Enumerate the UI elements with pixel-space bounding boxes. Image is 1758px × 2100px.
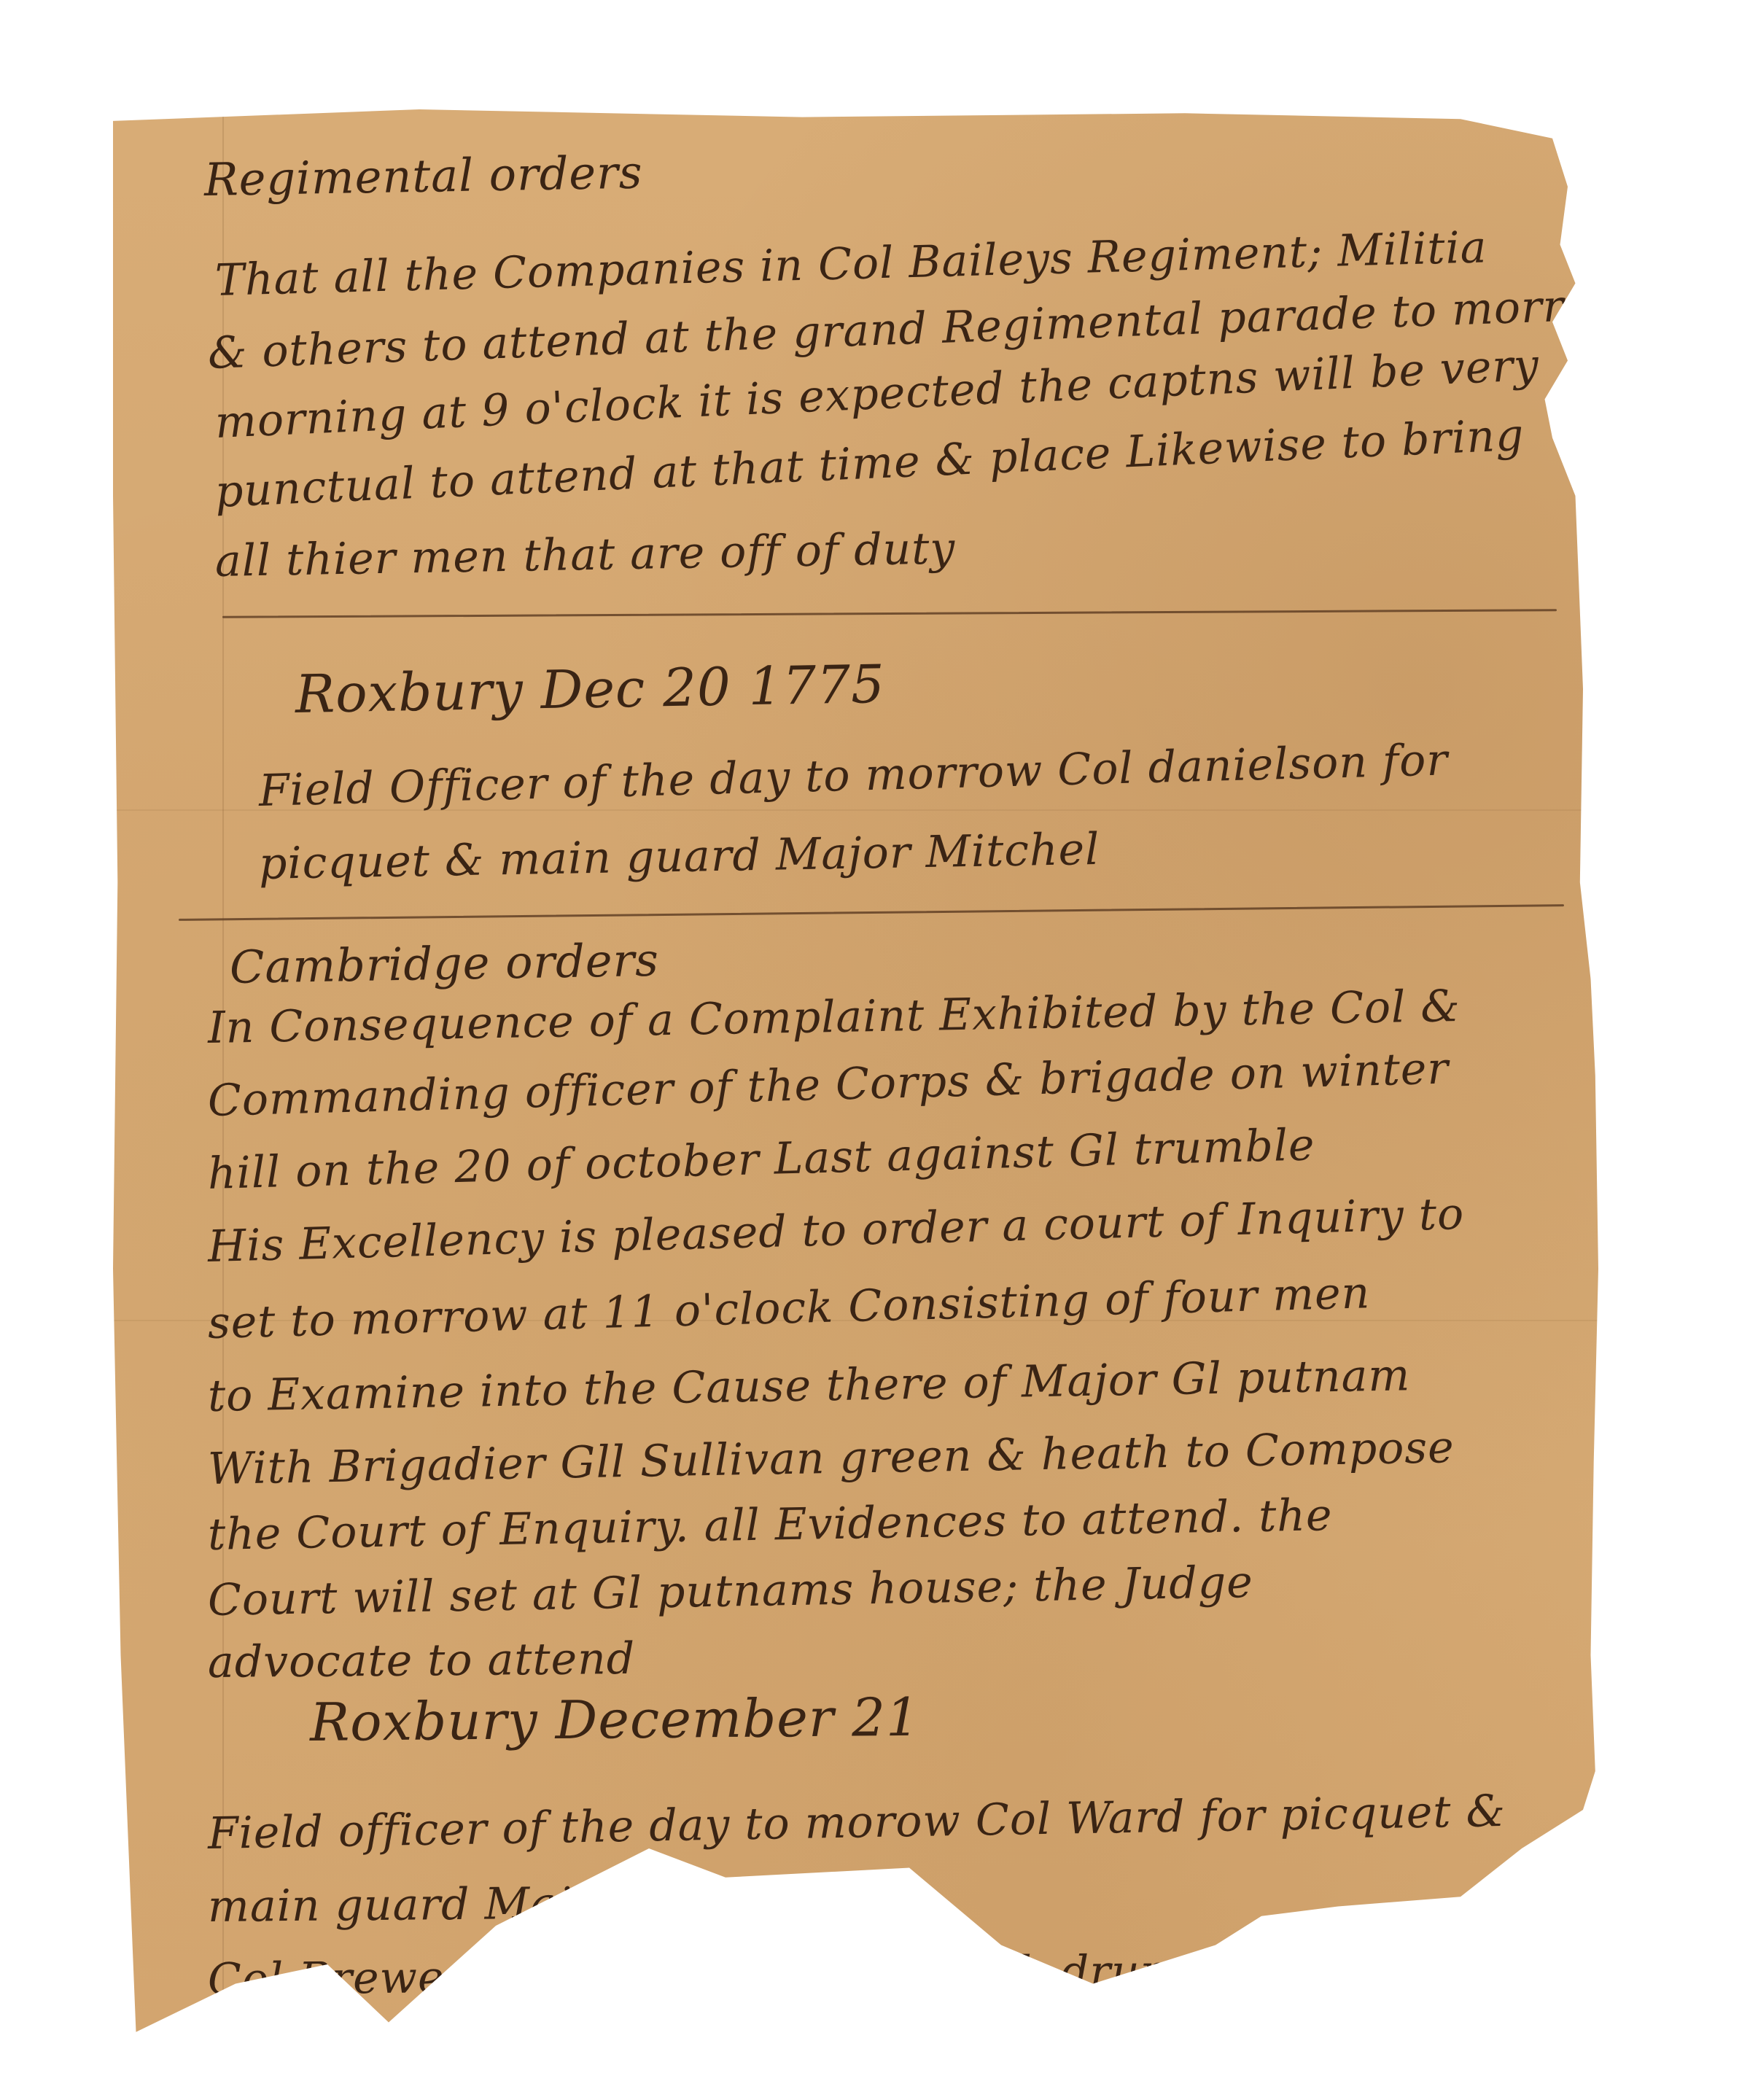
section-heading-regimental-orders: Regimental orders [203,146,643,206]
text-line: In Consequence of a Complaint Exhibited … [207,981,1461,1054]
section-divider [222,609,1557,618]
text-line: With Brigadier Gll Sullivan green & heat… [207,1422,1455,1495]
text-line: to Examine into the Cause there of Major… [207,1350,1410,1422]
text-line: Col Brewer furnishes the guard with drum… [208,1943,1428,2005]
text-line: the Court of Enquiry. all Evidences to a… [207,1490,1333,1560]
section-heading-cambridge-orders: Cambridge orders [229,933,659,994]
text-line: main guard Major Sprout [208,1876,790,1932]
text-line: His Excellency is pleased to order a cou… [207,1189,1465,1272]
text-line-torn: also finds ... st to d. War... [208,2015,804,2071]
dateline-roxbury-dec-20: Roxbury Dec 20 1775 [295,653,885,725]
text-line: hill on the 20 of october Last against G… [207,1119,1315,1199]
text-line: all thier men that are off of duty [214,523,955,587]
text-line: Field Officer of the day to morrow Col d… [258,734,1449,817]
dateline-roxbury-december-21: Roxbury December 21 [310,1687,920,1753]
section-divider [179,904,1564,921]
text-line: Field officer of the day to morow Col Wa… [207,1786,1506,1859]
text-line: Court will set at Gl putnams house; the … [207,1557,1253,1626]
text-line: set to morrow at 11 o'clock Consisting o… [207,1267,1371,1349]
text-line: advocate to attend [208,1633,636,1688]
text-line: Commanding officer of the Corps & brigad… [207,1043,1450,1127]
text-line: picquet & main guard Major Mitchel [258,824,1100,890]
manuscript-page: Regimental orders That all the Companies… [113,109,1644,2042]
